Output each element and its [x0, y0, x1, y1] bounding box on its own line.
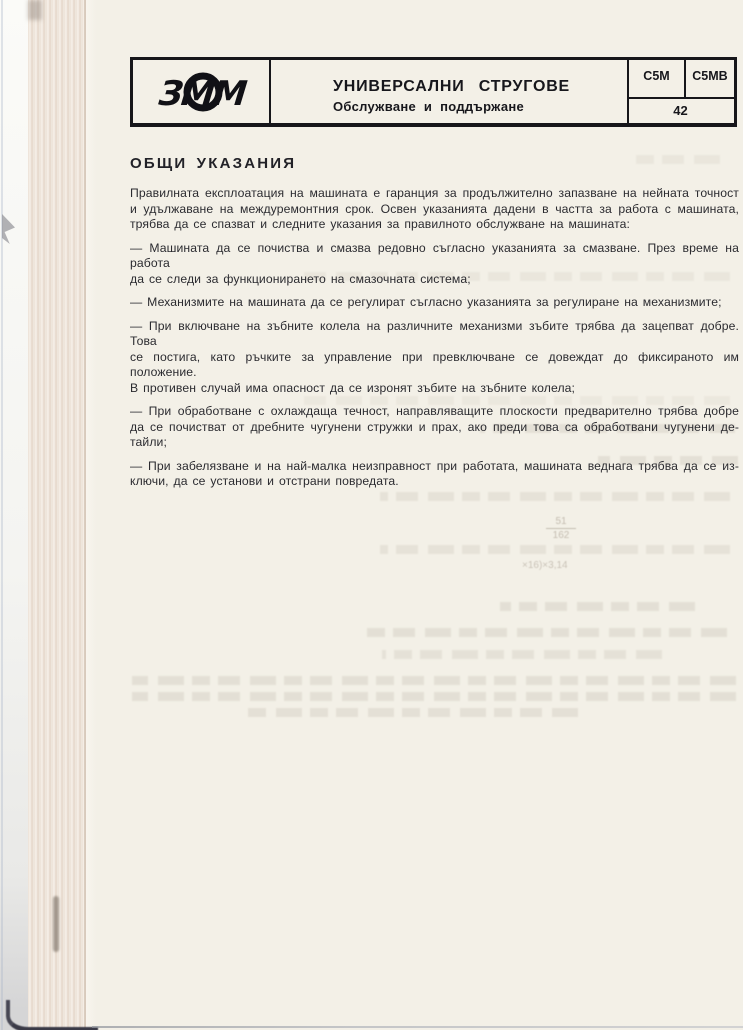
bleed-fraction-denominator: 162: [540, 530, 582, 541]
text-line: ключи, да се установи и отстрани повреда…: [130, 474, 739, 490]
bleed-fraction-bar: [546, 528, 576, 529]
text-line: — При включване на зъбните колела на раз…: [130, 319, 739, 350]
bleed-through-line: [132, 676, 736, 685]
text-line: — Машината да се почиства и смазва редов…: [130, 241, 739, 272]
paragraph: Правилната експлоатация на машината е га…: [130, 186, 739, 233]
text-line: трябва да се спазват и следните указания…: [130, 217, 739, 233]
document-page: 51 162 ×16)×3,14 ЗММ УНИВЕРСАЛНИ СТРУГОВ…: [0, 0, 743, 1030]
bleed-through-line: [380, 545, 730, 554]
bleed-through-line: [630, 155, 720, 164]
bleed-through-line: [248, 708, 578, 717]
text-line: да се почистват от дребните чугунени стр…: [130, 420, 739, 436]
bleed-fraction-numerator: 51: [540, 516, 582, 527]
bleed-through-line: [500, 602, 695, 611]
bleed-through-fraction: 51 162: [540, 516, 582, 541]
header-divider: [627, 97, 734, 99]
paragraph: — При включване на зъбните колела на раз…: [130, 319, 739, 397]
text-line: да се следи за функционирането на смазоч…: [130, 272, 739, 288]
book-corner-shadow: [6, 1000, 98, 1030]
text-line: — Механизмите на машината да се регулира…: [130, 295, 739, 311]
book-page-stack-edge: [28, 0, 86, 1030]
scan-margin: [0, 0, 28, 1030]
text-line: Правилната експлоатация на машината е га…: [130, 186, 739, 202]
zmm-logo-icon: ЗММ: [139, 66, 265, 118]
header-table: ЗММ УНИВЕРСАЛНИ СТРУГОВЕ Обслужване и по…: [130, 57, 737, 127]
ink-smudge: [53, 896, 59, 952]
paragraph: — Машината да се почиства и смазва редов…: [130, 241, 739, 288]
model-cell-c5m: С5М: [629, 69, 684, 83]
bleed-through-formula: ×16)×3,14: [522, 560, 568, 571]
paragraph: — При забелязване и на най-малка неизпра…: [130, 459, 739, 490]
text-line: се постига, като ръчките за управление п…: [130, 350, 739, 381]
logo-letters: ЗММ: [156, 74, 249, 114]
paragraph: — Механизмите на машината да се регулира…: [130, 295, 739, 311]
scan-edge-line: [1, 0, 3, 1030]
text-line: В противен случай има опасност да се изр…: [130, 381, 739, 397]
header-divider: [269, 60, 271, 123]
text-line: тайли;: [130, 435, 739, 451]
model-cell-c5mb: С5МВ: [686, 69, 734, 83]
bleed-through-line: [382, 650, 662, 659]
text-line: и удължаване на междуремонтния срок. Осв…: [130, 202, 739, 218]
text-line: — При забелязване и на най-малка неизпра…: [130, 459, 739, 475]
section-heading: ОБЩИ УКАЗАНИЯ: [130, 155, 296, 172]
bleed-through-line: [362, 628, 727, 637]
document-subtitle: Обслужване и поддържане: [333, 99, 633, 114]
scan-bottom-shadow: [92, 1026, 743, 1028]
document-title: УНИВЕРСАЛНИ СТРУГОВЕ: [333, 78, 633, 96]
page-number: 42: [627, 103, 734, 118]
text-line: — При обработване с охлаждаща течност, н…: [130, 404, 739, 420]
bleed-through-line: [132, 692, 736, 701]
top-smudge: [28, 0, 42, 20]
paragraph: — При обработване с охлаждаща течност, н…: [130, 404, 739, 451]
zmm-logo: ЗММ: [139, 66, 265, 118]
page-edge-gap: [86, 0, 96, 1030]
body-paragraphs: Правилната експлоатация на машината е га…: [130, 186, 739, 498]
